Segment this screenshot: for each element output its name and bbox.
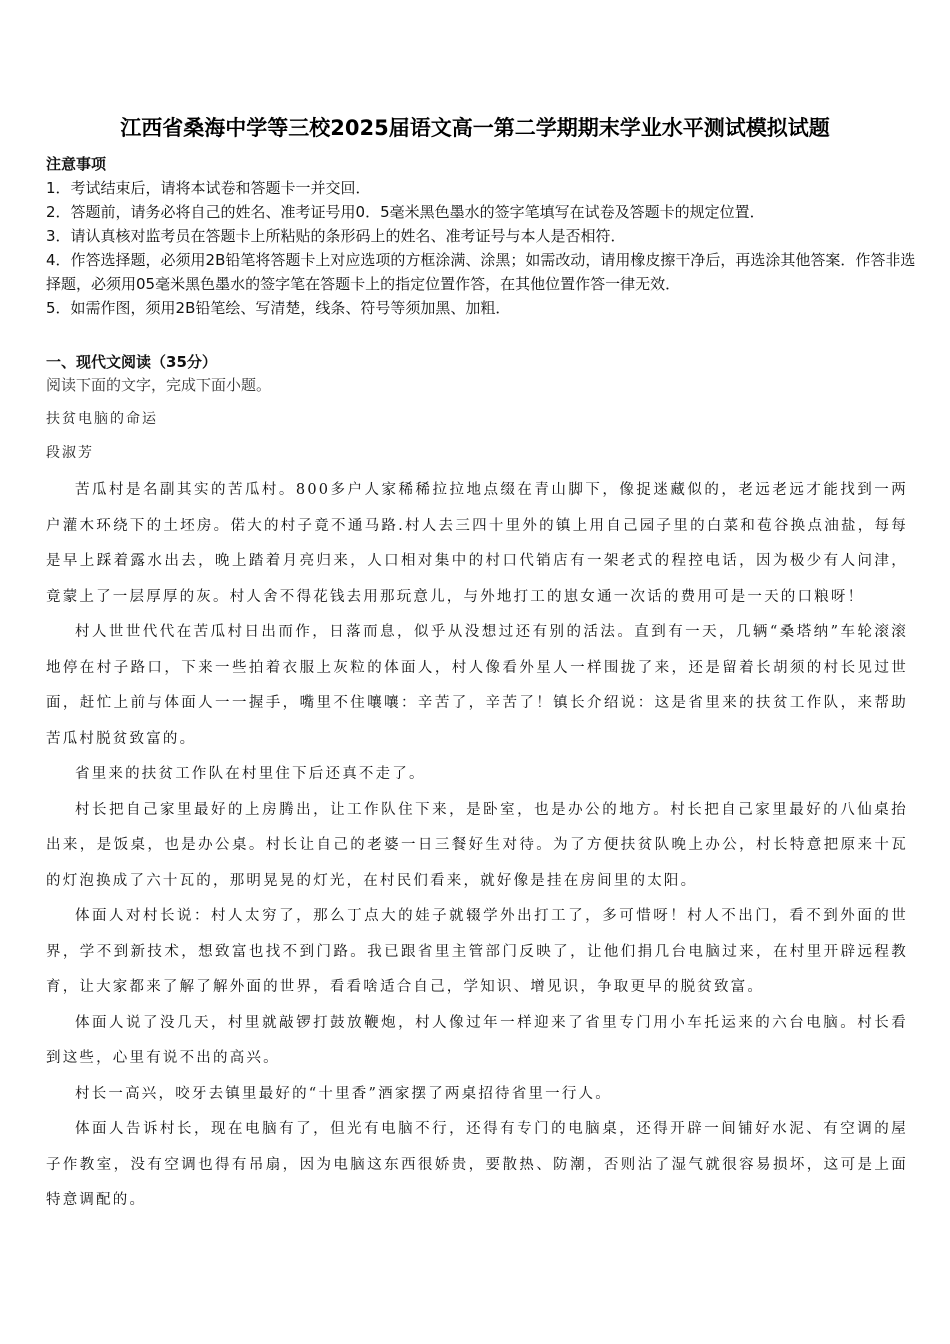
paragraph: 村人世世代代在苦瓜村日出而作，日落而息，似乎从没想过还有别的活法。直到有一天，几… xyxy=(46,615,908,757)
paragraph: 体面人说了没几天，村里就敲锣打鼓放鞭炮，村人像过年一样迎来了省里专门用小车托运来… xyxy=(46,1006,908,1077)
paragraph: 村长把自己家里最好的上房腾出，让工作队住下来，是卧室，也是办公的地方。村长把自己… xyxy=(46,793,908,900)
notice-item-2: 2．答题前，请务必将自己的姓名、准考证号用0．5毫米黑色墨水的签字笔填写在试卷及… xyxy=(46,200,916,224)
paragraph: 村长一高兴，咬牙去镇里最好的“十里香”酒家摆了两桌招待省里一行人。 xyxy=(46,1077,908,1113)
paragraph: 体面人对村长说：村人太穷了，那么丁点大的娃子就辍学外出打工了，多可惜呀！村人不出… xyxy=(46,899,908,1006)
notice-heading: 注意事项 xyxy=(46,152,916,176)
reading-instruction: 阅读下面的文字，完成下面小题。 xyxy=(46,374,271,395)
exam-title: 江西省桑海中学等三校2025届语文高一第二学期期末学业水平测试模拟试题 xyxy=(0,112,950,142)
notice-item-5: 5．如需作图，须用2B铅笔绘、写清楚，线条、符号等须加黑、加粗． xyxy=(46,296,916,320)
paragraph: 省里来的扶贫工作队在村里住下后还真不走了。 xyxy=(46,757,908,793)
article-author: 段淑芳 xyxy=(46,442,94,462)
notice-item-3: 3．请认真核对监考员在答题卡上所粘贴的条形码上的姓名、准考证号与本人是否相符． xyxy=(46,224,916,248)
paragraph: 苦瓜村是名副其实的苦瓜村。800多户人家稀稀拉拉地点缀在青山脚下，像捉迷藏似的，… xyxy=(46,473,908,615)
notice-item-1: 1．考试结束后，请将本试卷和答题卡一并交回． xyxy=(46,176,916,200)
notice-item-4: 4．作答选择题，必须用2B铅笔将答题卡上对应选项的方框涂满、涂黑；如需改动，请用… xyxy=(46,248,916,296)
document-page: 江西省桑海中学等三校2025届语文高一第二学期期末学业水平测试模拟试题 注意事项… xyxy=(0,0,950,1344)
article-body: 苦瓜村是名副其实的苦瓜村。800多户人家稀稀拉拉地点缀在青山脚下，像捉迷藏似的，… xyxy=(46,473,908,1219)
article-title: 扶贫电脑的命运 xyxy=(46,408,158,428)
notice-section: 注意事项 1．考试结束后，请将本试卷和答题卡一并交回． 2．答题前，请务必将自己… xyxy=(46,152,916,320)
section-heading: 一、现代文阅读（35分） xyxy=(46,351,217,372)
paragraph: 体面人告诉村长，现在电脑有了，但光有电脑不行，还得有专门的电脑桌，还得开辟一间铺… xyxy=(46,1112,908,1219)
